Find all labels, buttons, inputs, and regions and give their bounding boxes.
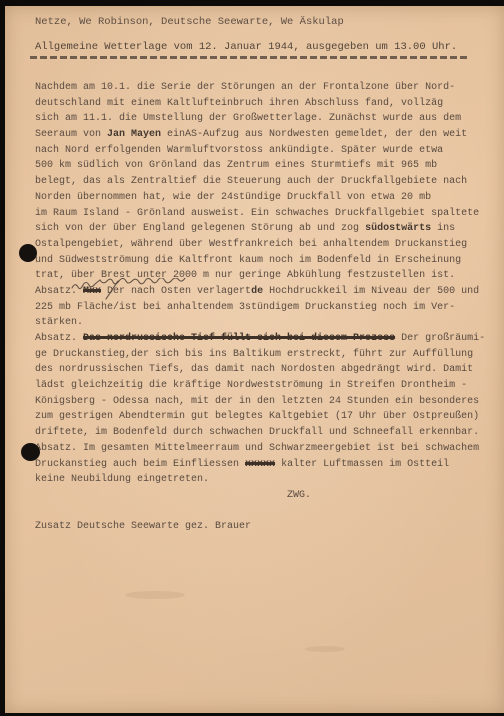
text-run: stärken. <box>35 317 83 328</box>
document-line: Seeraum von Jan Mayen einAS-Aufzug aus N… <box>35 127 497 143</box>
text-run: lädst gleichzeitig die kräftige Nordwest… <box>35 380 467 391</box>
document-line: und Südwestströmung die Kaltfront kaum n… <box>35 253 497 269</box>
document-paper: Netze, We Robinson, Deutsche Seewarte, W… <box>5 6 504 713</box>
document-line <box>35 504 497 520</box>
paper-smudge <box>125 591 185 599</box>
text-run: zum gestrigen Abendtermin gut belegtes K… <box>35 411 479 422</box>
paper-smudge <box>305 646 345 652</box>
text-run: ge Druckanstieg,der sich bis ins Baltiku… <box>35 349 473 360</box>
text-run: 225 mb Fläche/ist bei anhaltendem 3stünd… <box>35 302 455 313</box>
document-line: Nachdem am 10.1. die Serie der Störungen… <box>35 80 497 96</box>
text-run: Absatz. <box>35 333 83 344</box>
document-line: ge Druckanstieg,der sich bis ins Baltiku… <box>35 347 497 363</box>
text-run: Zusatz Deutsche Seewarte gez. Brauer <box>35 521 251 532</box>
document-content: Netze, We Robinson, Deutsche Seewarte, W… <box>35 14 497 535</box>
text-run: sich von der über England gelegenen Stör… <box>35 223 365 234</box>
text-run: des nordrussischen Tiefs, das damit nach… <box>35 364 473 375</box>
document-line: lädst gleichzeitig die kräftige Nordwest… <box>35 378 497 394</box>
text-run: de <box>251 286 263 297</box>
document-title: Allgemeine Wetterlage vom 12. Januar 194… <box>35 41 497 54</box>
text-run: deutschland mit einem Kaltlufteinbruch i… <box>35 98 443 109</box>
text-run: nach Nord erfolgenden Warmluftvorstoss a… <box>35 145 443 156</box>
text-run: Der großräumi- <box>395 333 485 344</box>
document-line: sich am 11.1. die Umstellung der Großwet… <box>35 111 497 127</box>
document-line: im Raum Island - Grönland ausweist. Ein … <box>35 206 497 222</box>
struck-text: xxxxx <box>245 459 275 470</box>
text-run: driftete, im Bodenfeld durch schwachen D… <box>35 427 479 438</box>
document-line: ZWG. <box>35 488 497 504</box>
document-body: Nachdem am 10.1. die Serie der Störungen… <box>35 80 497 535</box>
document-line: Zusatz Deutsche Seewarte gez. Brauer <box>35 519 497 535</box>
text-run: 500 km südlich von Grönland das Zentrum … <box>35 160 437 171</box>
handwritten-annotation <box>68 278 194 300</box>
text-run: Hochdruckkeil im Niveau der 500 und <box>263 286 479 297</box>
document-line: stärken. <box>35 315 497 331</box>
routing-line: Netze, We Robinson, Deutsche Seewarte, W… <box>35 14 497 30</box>
title-underline <box>30 56 468 59</box>
document-line: Norden übernommen hat, wie der 24stündig… <box>35 190 497 206</box>
text-run: kalter Luftmassen im Ostteil <box>275 459 449 470</box>
document-line: Absatz. Das nordrussische Tief füllt sic… <box>35 331 497 347</box>
text-run: Druckanstieg auch beim Einfliessen <box>35 459 245 470</box>
text-run: im Raum Island - Grönland ausweist. Ein … <box>35 208 479 219</box>
text-run: belegt, das als Zentraltief die Steuerun… <box>35 176 467 187</box>
document-line: Absatz. Im gesamten Mittelmeerraum und S… <box>35 441 497 457</box>
text-run: ins <box>431 223 455 234</box>
document-line: driftete, im Bodenfeld durch schwachen D… <box>35 425 497 441</box>
document-line: deutschland mit einem Kaltlufteinbruch i… <box>35 96 497 112</box>
scanned-document-page: { "page": { "paper_color": "#e9c6a2", "s… <box>0 0 504 716</box>
document-line: Königsberg - Odessa nach, mit der in den… <box>35 394 497 410</box>
text-run: keine Neubildung eingetreten. <box>35 474 209 485</box>
document-line: 500 km südlich von Grönland das Zentrum … <box>35 158 497 174</box>
document-line: belegt, das als Zentraltief die Steuerun… <box>35 174 497 190</box>
text-run: sich am 11.1. die Umstellung der Großwet… <box>35 113 461 124</box>
document-line: sich von der über England gelegenen Stör… <box>35 221 497 237</box>
text-run: Seeraum von <box>35 129 107 140</box>
document-line: zum gestrigen Abendtermin gut belegtes K… <box>35 409 497 425</box>
text-run: Norden übernommen hat, wie der 24stündig… <box>35 192 431 203</box>
document-line: des nordrussischen Tiefs, das damit nach… <box>35 362 497 378</box>
text-run: Nachdem am 10.1. die Serie der Störungen… <box>35 82 455 93</box>
text-run: Königsberg - Odessa nach, mit der in den… <box>35 396 479 407</box>
document-line: Druckanstieg auch beim Einfliessen xxxxx… <box>35 457 497 473</box>
document-line: 225 mb Fläche/ist bei anhaltendem 3stünd… <box>35 300 497 316</box>
text-run: ZWG. <box>35 490 311 501</box>
document-line: nach Nord erfolgenden Warmluftvorstoss a… <box>35 143 497 159</box>
text-run: Jan Mayen <box>107 129 161 140</box>
hole-punch <box>21 443 40 461</box>
text-run: Ostalpengebiet, während über Westfrankre… <box>35 239 467 250</box>
hole-punch <box>19 244 37 262</box>
text-run: Absatz. Im gesamten Mittelmeerraum und S… <box>35 443 479 454</box>
struck-text: Das nordrussische Tief füllt sich bei di… <box>83 333 395 344</box>
text-run: und Südwestströmung die Kaltfront kaum n… <box>35 255 461 266</box>
document-line: keine Neubildung eingetreten. <box>35 472 497 488</box>
document-line: Ostalpengebiet, während über Westfrankre… <box>35 237 497 253</box>
text-run: südostwärts <box>365 223 431 234</box>
text-run: einAS-Aufzug aus Nordwesten gemeldet, de… <box>161 129 467 140</box>
